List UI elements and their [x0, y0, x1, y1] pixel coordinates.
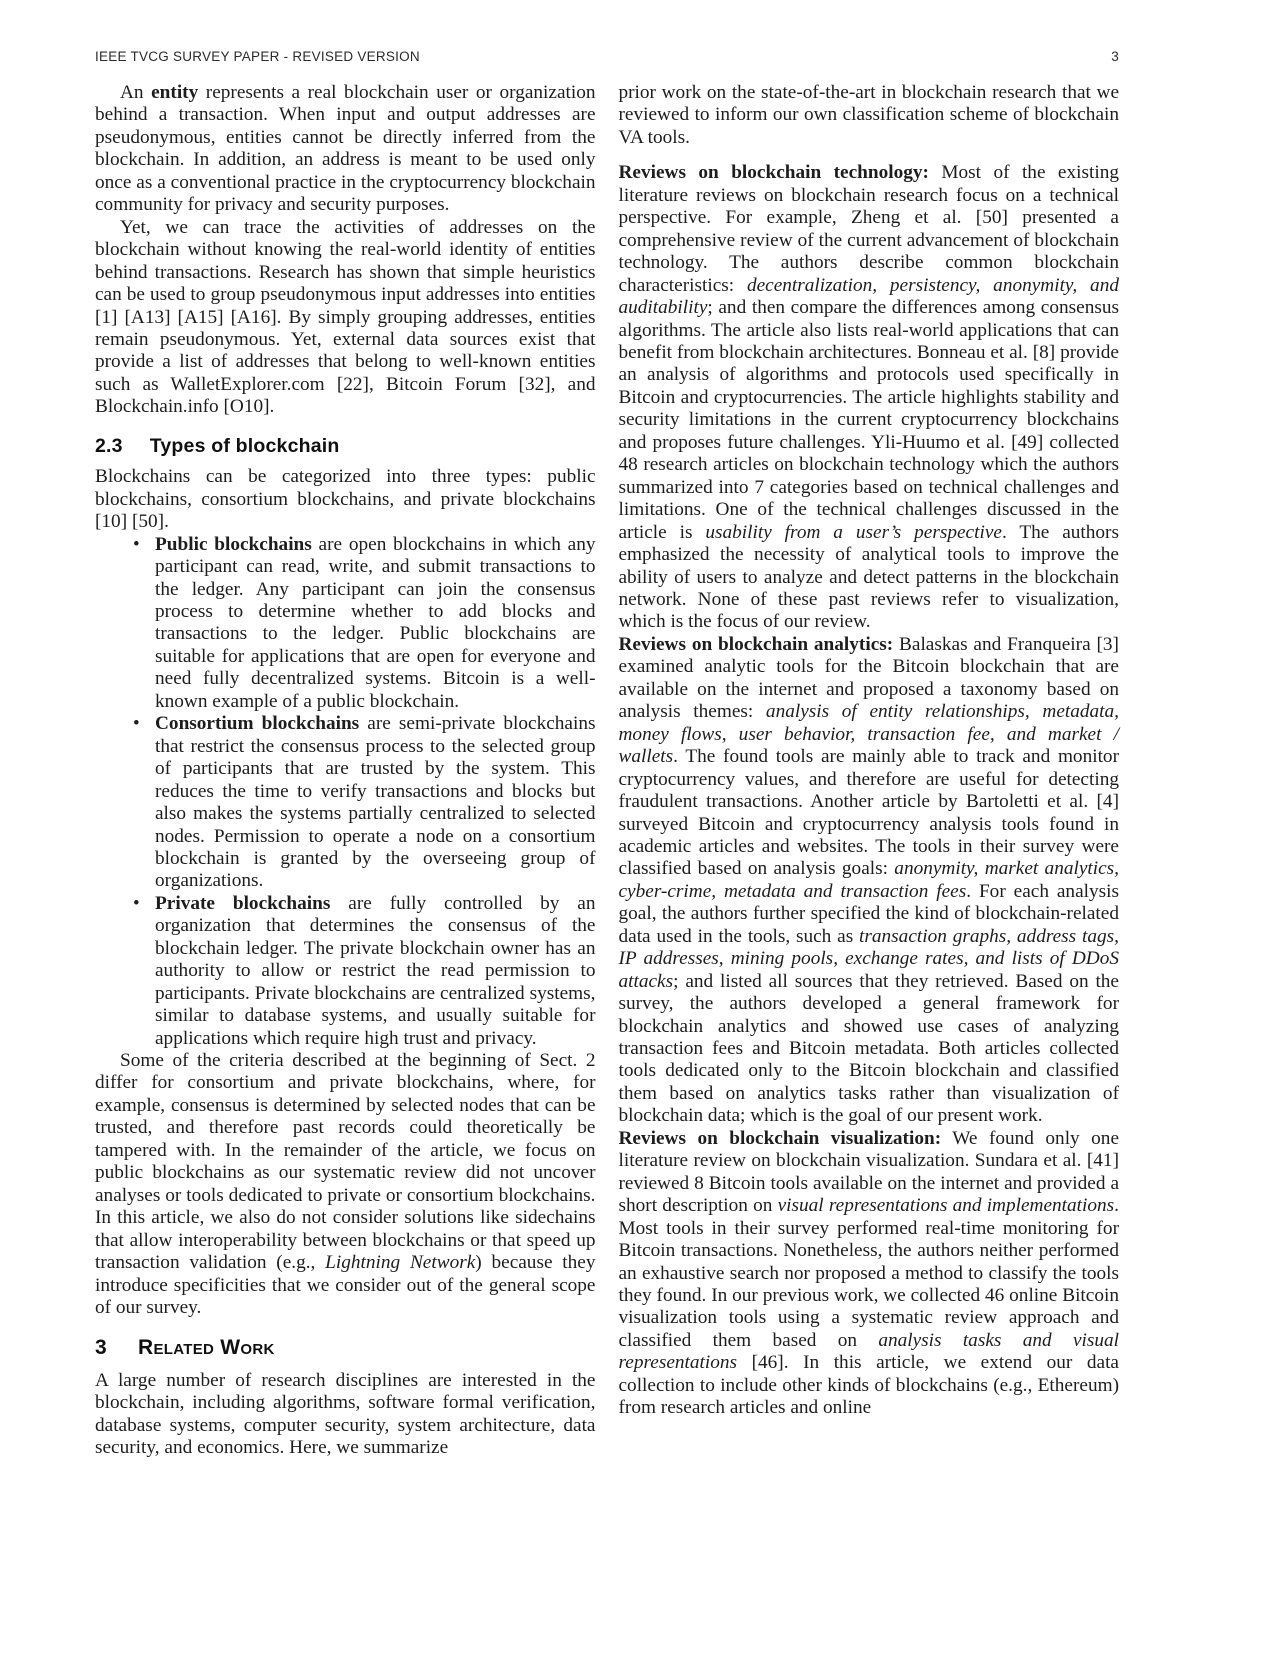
paragraph-related-work-intro: A large number of research disciplines a…	[95, 1370, 596, 1460]
paragraph-entity-definition: An entity represents a real blockchain u…	[95, 82, 596, 217]
paragraph-blockchain-categories: Blockchains can be categorized into thre…	[95, 466, 596, 533]
paragraph-scope-criteria: Some of the criteria described at the be…	[95, 1050, 596, 1319]
paragraph-reviews-visualization: Reviews on blockchain visualization: We …	[619, 1128, 1120, 1420]
section-number: 2.3	[95, 435, 123, 457]
paragraph-prior-work-continuation: prior work on the state-of-the-art in bl…	[619, 82, 1120, 149]
blockchain-types-list: • Public blockchains are open blockchain…	[95, 534, 596, 1050]
section-title: Types of blockchain	[150, 435, 340, 457]
list-item-text: Public blockchains are open blockchains …	[155, 534, 596, 712]
list-item-consortium-blockchains: • Consortium blockchains are semi-privat…	[155, 713, 596, 893]
list-item-text: Private blockchains are fully controlled…	[155, 893, 596, 1049]
list-item-text: Consortium blockchains are semi-private …	[155, 713, 596, 891]
paragraph-address-tracing: Yet, we can trace the activities of addr…	[95, 217, 596, 419]
section-number: 3	[95, 1336, 107, 1359]
running-header-title: IEEE TVCG SURVEY PAPER - REVISED VERSION	[95, 49, 420, 64]
bullet-icon: •	[133, 893, 140, 915]
page-number: 3	[1111, 49, 1119, 64]
paragraph-reviews-technology: Reviews on blockchain technology: Most o…	[619, 162, 1120, 634]
list-item-public-blockchains: • Public blockchains are open blockchain…	[155, 534, 596, 714]
section-title: Related Work	[138, 1336, 275, 1359]
section-heading-related-work: 3Related Work	[95, 1337, 596, 1359]
right-column: prior work on the state-of-the-art in bl…	[619, 82, 1120, 1460]
list-item-private-blockchains: • Private blockchains are fully controll…	[155, 893, 596, 1050]
paper-page: IEEE TVCG SURVEY PAPER - REVISED VERSION…	[0, 0, 1280, 1656]
bullet-icon: •	[133, 534, 140, 556]
paragraph-reviews-analytics: Reviews on blockchain analytics: Balaska…	[619, 634, 1120, 1128]
running-header: IEEE TVCG SURVEY PAPER - REVISED VERSION…	[95, 49, 1119, 64]
bullet-icon: •	[133, 713, 140, 735]
section-heading-types-of-blockchain: 2.3Types of blockchain	[95, 435, 596, 457]
left-column: An entity represents a real blockchain u…	[95, 82, 596, 1460]
two-column-body: An entity represents a real blockchain u…	[95, 82, 1119, 1460]
